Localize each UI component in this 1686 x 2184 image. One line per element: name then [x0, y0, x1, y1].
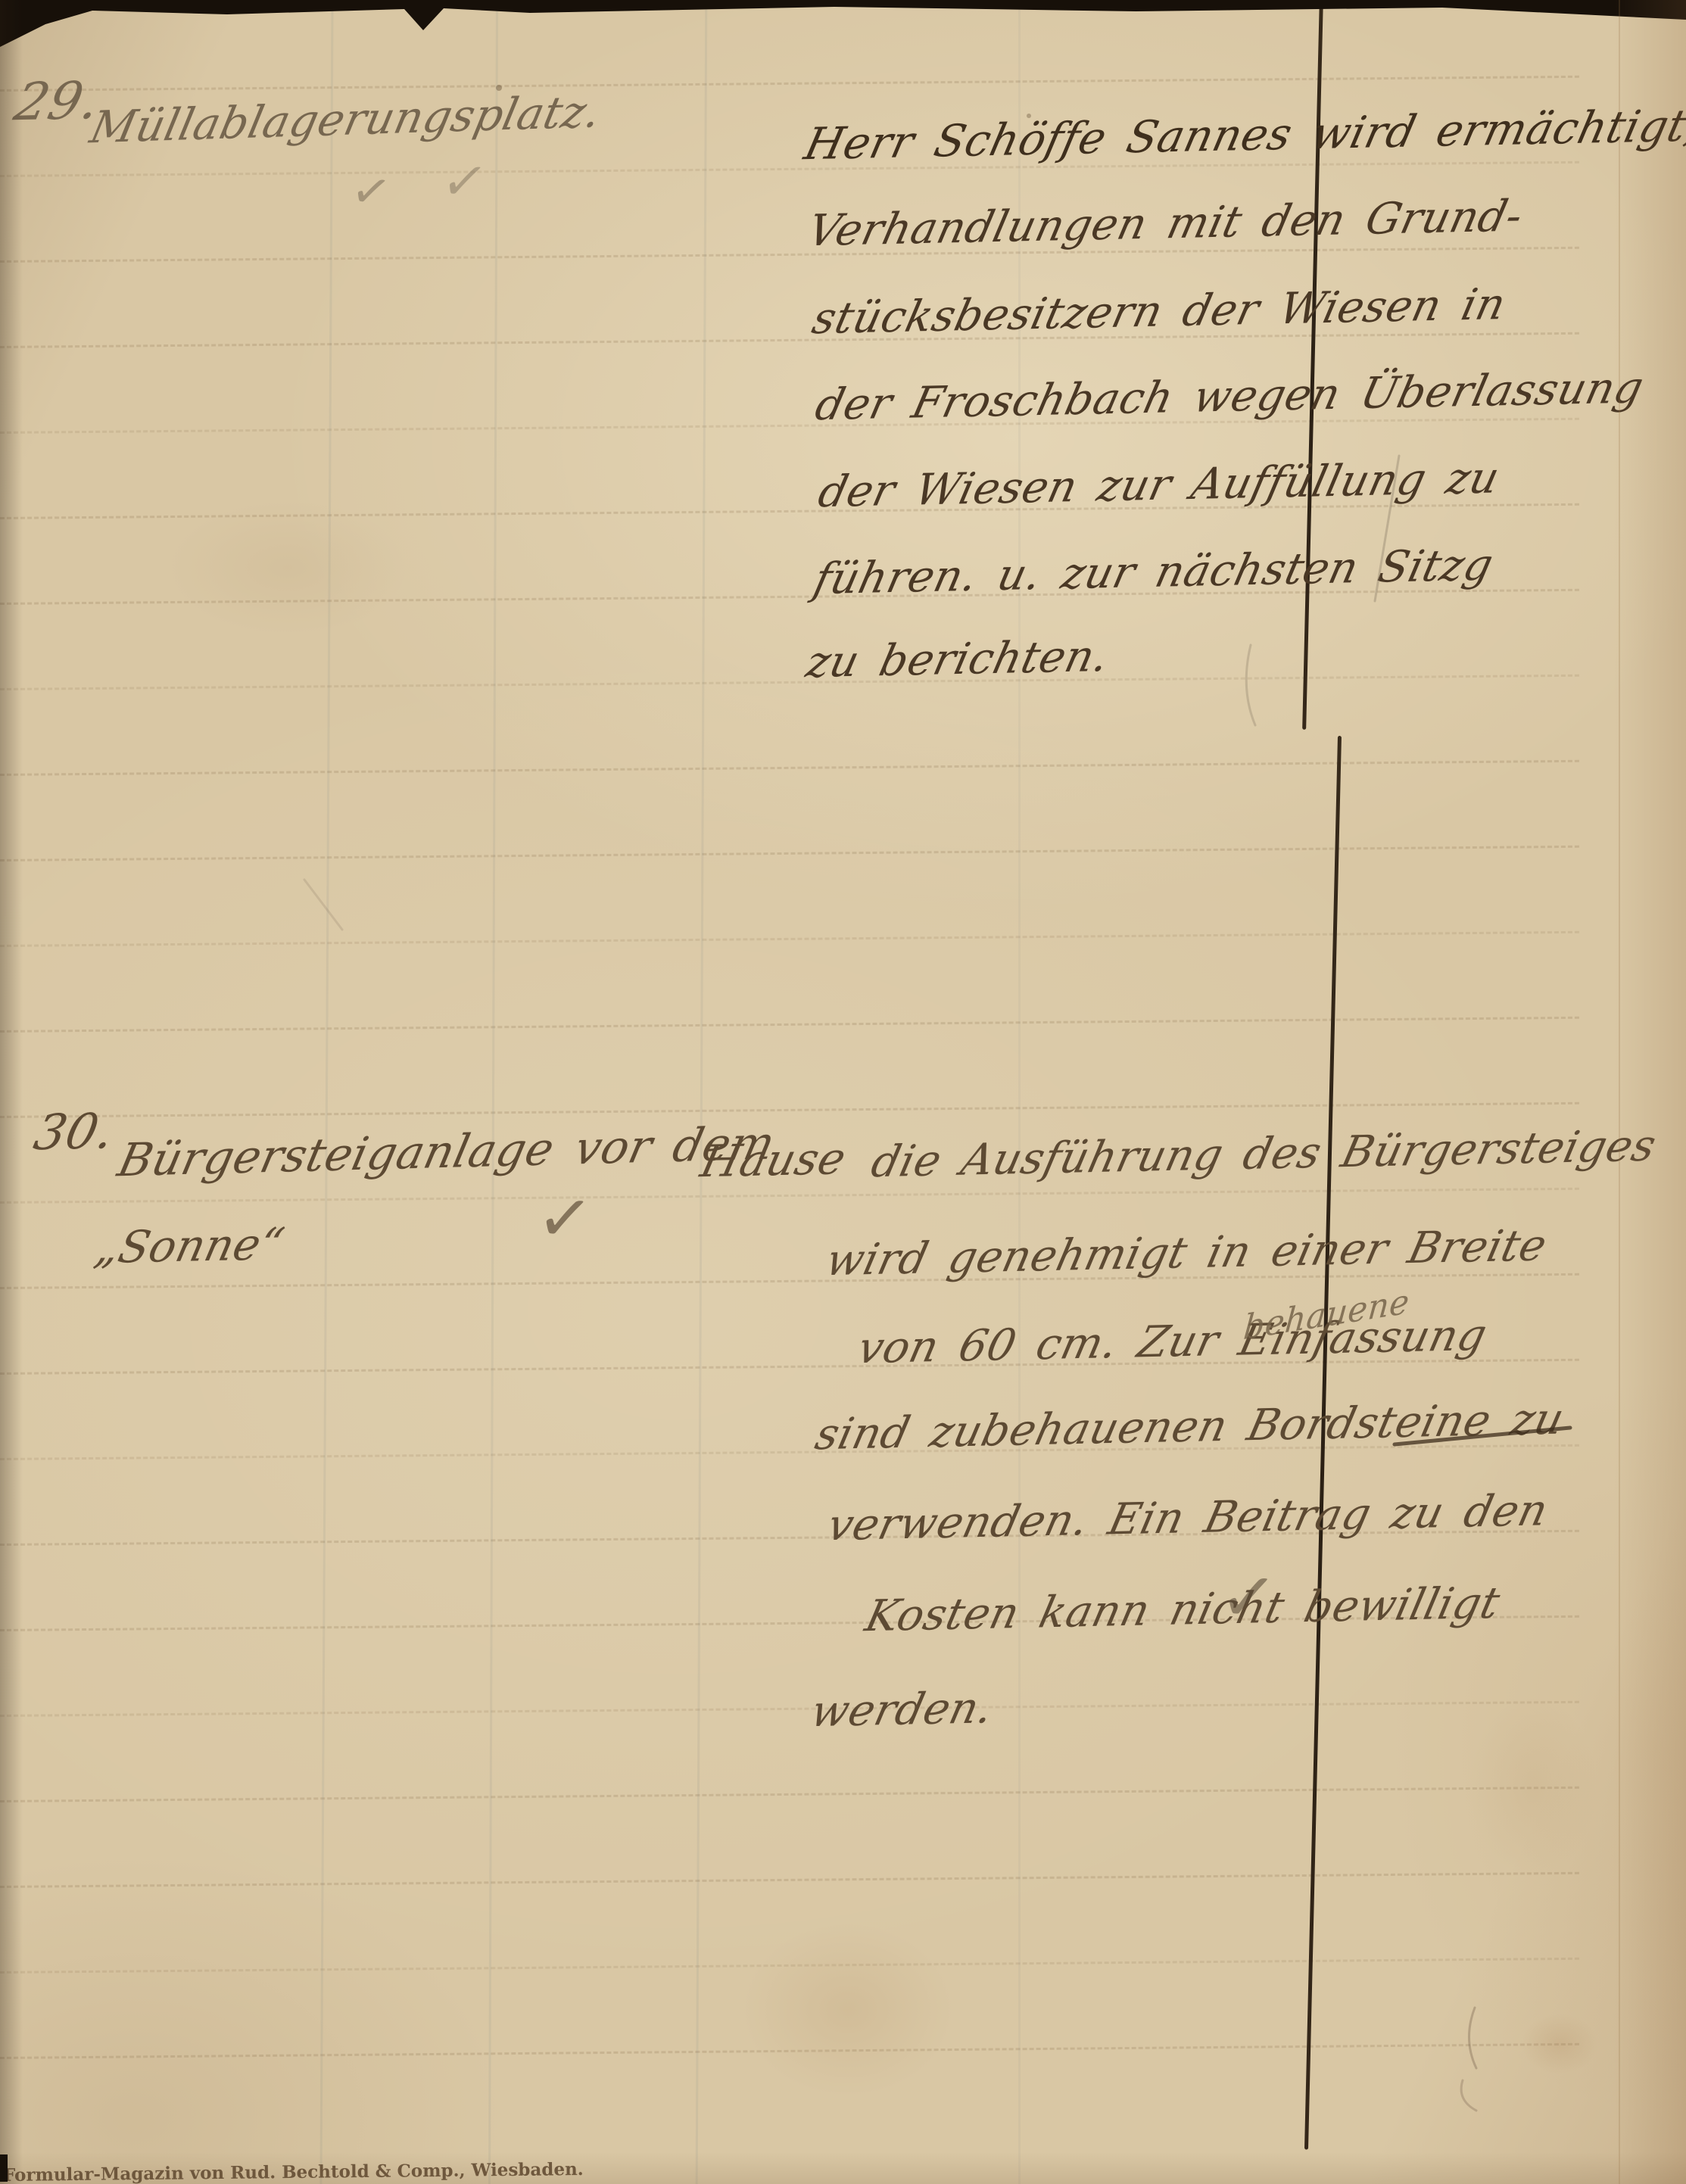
page-bottom-edge — [0, 2152, 1686, 2184]
ruled-line — [0, 2043, 1579, 2059]
ruled-line — [0, 1872, 1579, 1888]
entry-29-response-line-2: Verhandlungen mit den Grund- — [803, 191, 1528, 256]
paper-crease — [696, 0, 708, 2184]
ruled-line — [0, 1273, 1579, 1289]
pencil-stroke — [304, 880, 342, 930]
pencil-stroke — [1469, 2008, 1476, 2068]
ruled-line — [0, 76, 1579, 92]
document-page: 29. Müllablagerungsplatz. ✓ ✓ Herr Schöf… — [0, 0, 1686, 2184]
paper-stain — [742, 1923, 954, 2097]
entry-30-subject-line-1: Bürgersteiganlage vor dem — [113, 1117, 780, 1187]
ruled-line — [0, 931, 1579, 947]
ruled-line — [0, 1701, 1579, 1717]
entry-30-response-line-5: verwenden. Ein Beitrag zu den — [823, 1485, 1553, 1550]
entry-29-response-line-5: der Wiesen zur Auffüllung zu — [814, 453, 1504, 517]
pencil-stroke — [1461, 2080, 1476, 2111]
ruled-line — [0, 675, 1579, 690]
pencil-checkmark: ✓ — [347, 165, 394, 218]
ruled-line — [0, 760, 1579, 776]
page-edge-line — [1619, 0, 1620, 2184]
ruled-line — [0, 332, 1579, 348]
ruled-line — [0, 1188, 1579, 1204]
entry-29-response-line-7: zu berichten. — [802, 631, 1114, 688]
ruled-line — [0, 846, 1579, 861]
entry-30-response-line-6: Kosten kann nicht bewilligt — [861, 1578, 1504, 1642]
entry-29-number: 29. — [9, 71, 106, 133]
pencil-checkmark: ✓ — [438, 156, 491, 209]
entry-29-response-line-1: Herr Schöffe Sannes wird ermächtigt, — [799, 99, 1686, 170]
paper-stain — [167, 500, 409, 636]
entry-30-response-line-7: werden. — [806, 1683, 998, 1737]
ruled-line — [0, 1958, 1579, 1974]
ruled-line — [0, 247, 1579, 263]
ruled-line — [0, 418, 1579, 434]
entry-30-subject-continuation: Hause — [696, 1133, 851, 1187]
pencil-stroke — [1246, 645, 1255, 725]
ruled-line — [0, 1787, 1579, 1802]
entry-29-response-line-6: führen. u. zur nächsten Sitzg — [809, 540, 1498, 604]
ruled-line — [0, 161, 1579, 177]
scan-corner-notch — [0, 2154, 8, 2182]
entry-30-subject-line-2: „Sonne“ — [90, 1218, 288, 1274]
ruled-line — [0, 1017, 1579, 1033]
page-right-edge — [1614, 0, 1686, 2184]
scan-left-edge — [0, 0, 23, 2184]
paper-crease — [488, 0, 498, 2184]
entry-30-response-line-4: sind zubehauenen Bordsteine zu — [811, 1394, 1569, 1460]
scan-top-edge — [0, 0, 1686, 48]
entry-29-subject: Müllablagerungsplatz. — [86, 86, 606, 154]
ink-checkmark: ✓ — [1217, 1561, 1280, 1634]
entry-30-response-line-1: die Ausführung des Bürgersteiges — [867, 1120, 1661, 1187]
paper-crease — [319, 0, 333, 2184]
entry-30-number: 30. — [29, 1104, 120, 1162]
ruled-line — [0, 1102, 1579, 1118]
ink-checkmark: ✓ — [534, 1182, 597, 1254]
